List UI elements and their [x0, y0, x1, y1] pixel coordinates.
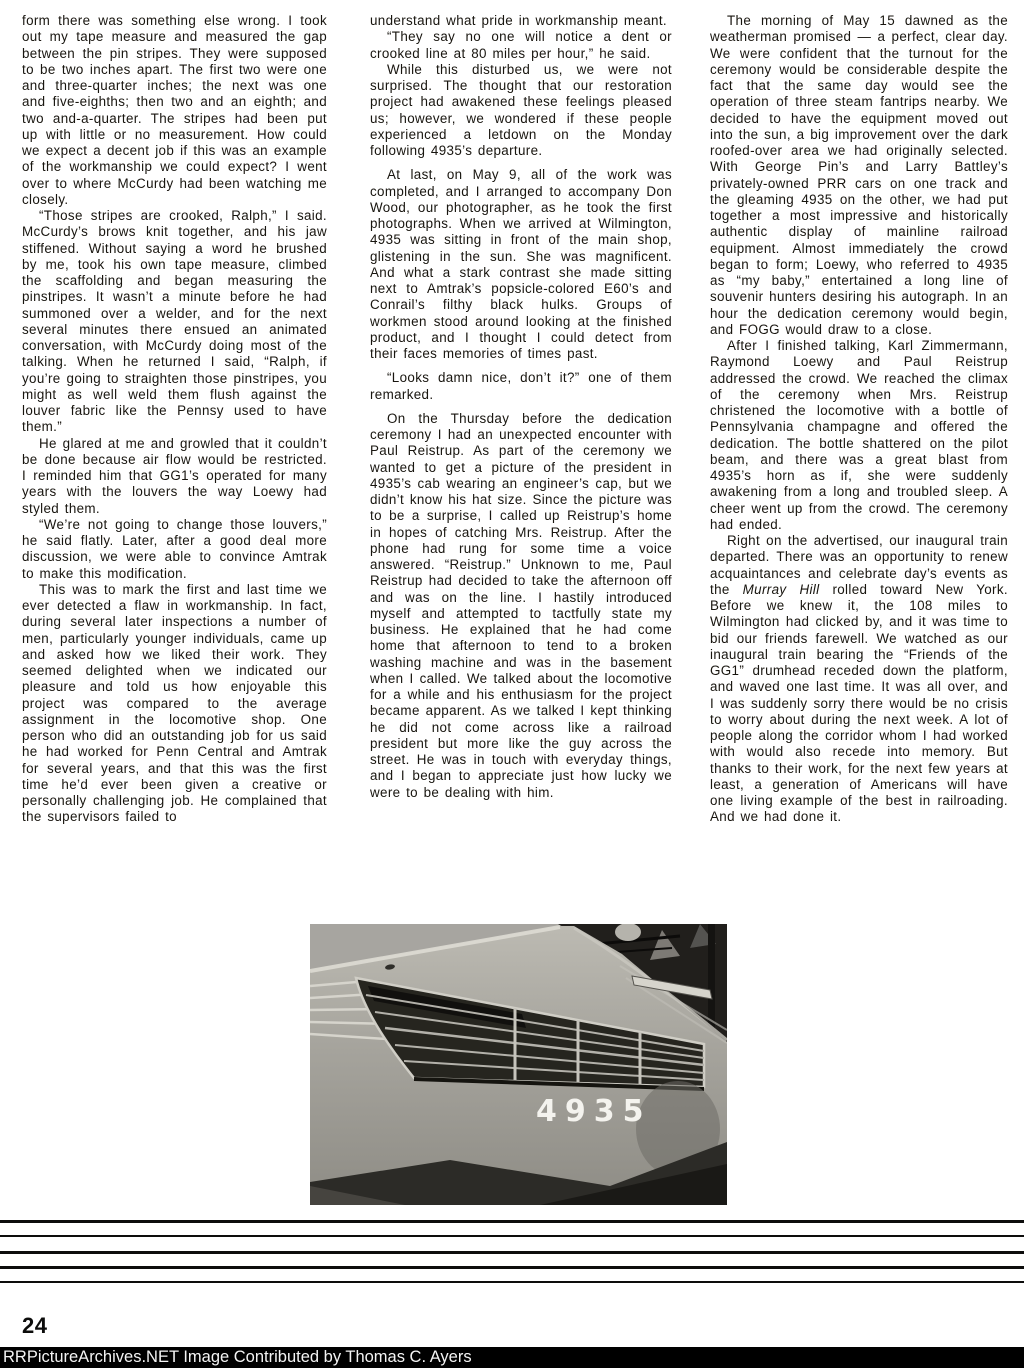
paragraph: The morning of May 15 dawned as the weat…	[710, 13, 1008, 338]
divider-rule	[0, 1251, 1024, 1254]
magazine-page: form there was something else wrong. I t…	[0, 0, 1024, 1368]
column-2: understand what pride in workmanship mea…	[370, 13, 672, 826]
paragraph: “Those stripes are crooked, Ralph,” I sa…	[22, 208, 327, 436]
divider-rule	[0, 1266, 1024, 1269]
column-1: form there was something else wrong. I t…	[22, 13, 327, 826]
locomotive-photo-art: 4935	[310, 924, 727, 1205]
paragraph: understand what pride in workmanship mea…	[370, 13, 672, 29]
paragraph: “They say no one will notice a dent or c…	[370, 29, 672, 62]
locomotive-photo: 4935	[310, 924, 727, 1205]
paragraph-text: rolled toward New York. Before we knew i…	[710, 582, 1008, 825]
paragraph: Right on the advertised, our inaugural t…	[710, 533, 1008, 826]
page-number: 24	[22, 1313, 47, 1339]
train-name-italic: Murray Hill	[743, 582, 820, 597]
paragraph: “We’re not going to change those louvers…	[22, 517, 327, 582]
paragraph: This was to mark the first and last time…	[22, 582, 327, 826]
paragraph: While this disturbed us, we were not sur…	[370, 62, 672, 160]
paragraph: “Looks damn nice, don’t it?” one of them…	[370, 370, 672, 403]
divider-rule	[0, 1235, 1024, 1237]
paragraph: At last, on May 9, all of the work was c…	[370, 167, 672, 362]
paragraph: He glared at me and growled that it coul…	[22, 436, 327, 517]
locomotive-number: 4935	[536, 1094, 652, 1129]
column-3: The morning of May 15 dawned as the weat…	[710, 13, 1008, 826]
divider-rule	[0, 1281, 1024, 1283]
paragraph: form there was something else wrong. I t…	[22, 13, 327, 208]
watermark-bar: RRPictureArchives.NET Image Contributed …	[0, 1347, 1024, 1368]
divider-rule	[0, 1220, 1024, 1223]
article-body: form there was something else wrong. I t…	[22, 13, 1008, 826]
watermark-text: RRPictureArchives.NET Image Contributed …	[3, 1348, 472, 1366]
paragraph: After I finished talking, Karl Zimmerman…	[710, 338, 1008, 533]
paragraph: On the Thursday before the dedication ce…	[370, 411, 672, 801]
